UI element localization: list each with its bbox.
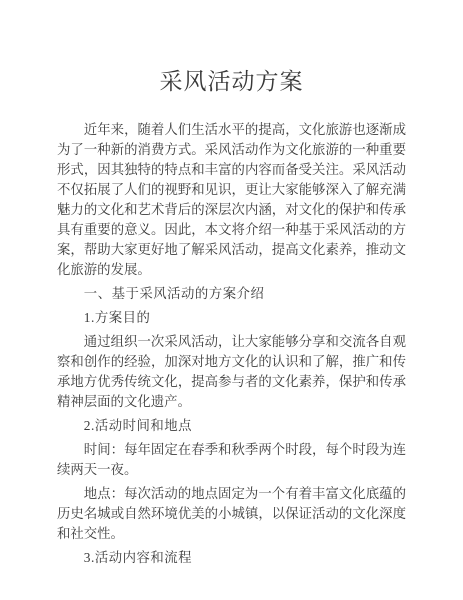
document-body: 近年来，随着人们生活水平的提高，文化旅游也逐渐成为了一种新的消费方式。采风活动作… bbox=[57, 120, 406, 568]
section-heading: 3.活动内容和流程 bbox=[57, 548, 406, 568]
document-page: 采风活动方案 近年来，随着人们生活水平的提高，文化旅游也逐渐成为了一种新的消费方… bbox=[0, 0, 463, 600]
body-paragraph: 近年来，随着人们生活水平的提高，文化旅游也逐渐成为了一种新的消费方式。采风活动作… bbox=[57, 120, 406, 280]
section-heading: 1.方案目的 bbox=[57, 308, 406, 328]
body-paragraph: 通过组织一次采风活动，让大家能够分享和交流各自观察和创作的经验，加深对地方文化的… bbox=[57, 332, 406, 412]
section-heading: 2.活动时间和地点 bbox=[57, 416, 406, 436]
body-paragraph: 时间：每年固定在春季和秋季两个时段，每个时段为连续两天一夜。 bbox=[57, 440, 406, 480]
section-heading: 一、基于采风活动的方案介绍 bbox=[57, 284, 406, 304]
page-title: 采风活动方案 bbox=[57, 66, 406, 98]
body-paragraph: 地点：每次活动的地点固定为一个有着丰富文化底蕴的历史名城或自然环境优美的小城镇，… bbox=[57, 484, 406, 544]
document-content: 采风活动方案 近年来，随着人们生活水平的提高，文化旅游也逐渐成为了一种新的消费方… bbox=[57, 66, 406, 572]
